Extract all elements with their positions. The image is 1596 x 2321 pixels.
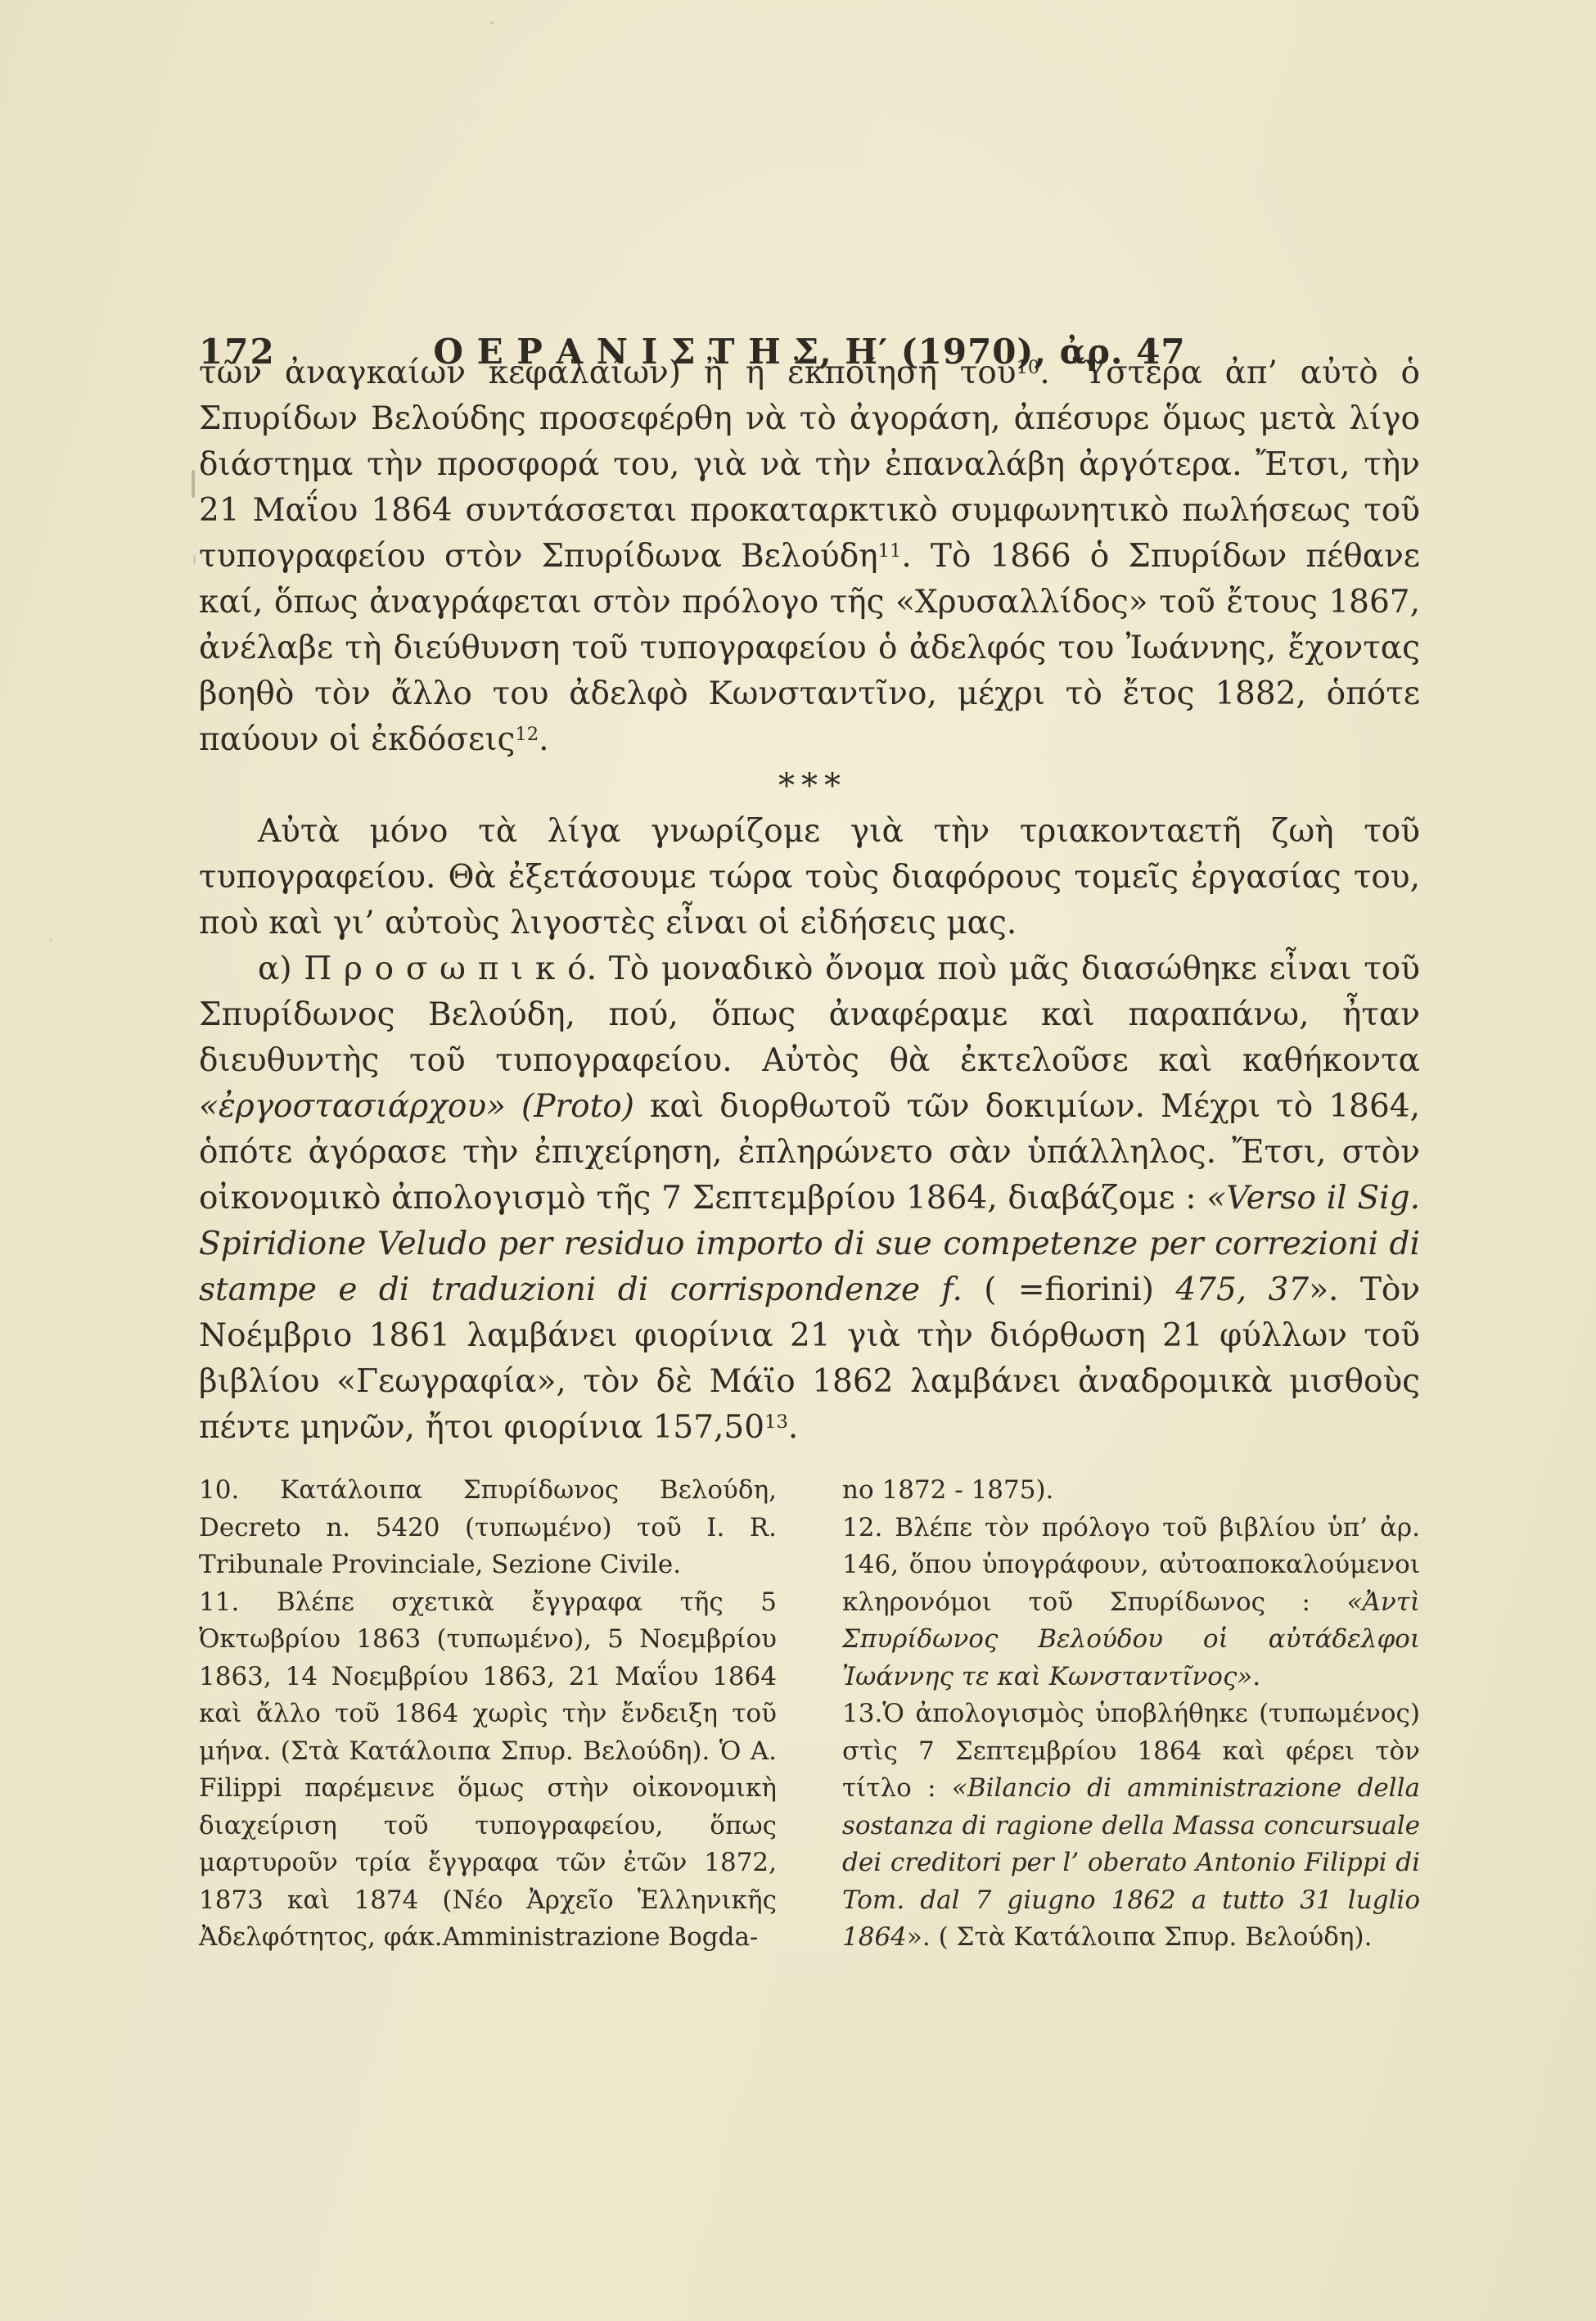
- scanned-journal-page: 172 Ο Ε Ρ Α Ν Ι Σ Τ Η Σ, Η′ (1970), ἀρ. …: [0, 0, 1596, 2321]
- scan-artifact: [489, 21, 494, 25]
- footnote-13: 13.Ὁ ἀπολογισμὸς ὑποβλήθηκε (τυπωμένος) …: [842, 1696, 1420, 1957]
- scan-artifact: [49, 938, 52, 942]
- body-paragraph-3: α) Π ρ ο σ ω π ι κ ό. Τὸ μοναδικὸ ὄνομα …: [199, 946, 1420, 1451]
- scan-artifact: [192, 470, 195, 498]
- footnotes-right-column: no 1872 - 1875). 12. Βλέπε τὸν πρόλογο τ…: [842, 1472, 1420, 1957]
- body-paragraph-1: τῶν ἀναγκαίων κεφαλαίων) ἢ ἡ ἐκποίησή το…: [199, 350, 1420, 763]
- footnote-11: 11. Βλέπε σχετικὰ ἔγγραφα τῆς 5 Ὀκτωβρίο…: [199, 1584, 777, 1957]
- body-text: τῶν ἀναγκαίων κεφαλαίων) ἢ ἡ ἐκποίησή το…: [199, 350, 1420, 1451]
- footnote-11-continuation: no 1872 - 1875).: [842, 1472, 1420, 1510]
- footnotes-section: 10. Κατάλοιπα Σπυρίδωνος Βελούδη, Decret…: [199, 1472, 1420, 1957]
- footnote-12: 12. Βλέπε τὸν πρόλογο τοῦ βιβλίου ὑπ’ ἀρ…: [842, 1510, 1420, 1696]
- footnote-10: 10. Κατάλοιπα Σπυρίδωνος Βελούδη, Decret…: [199, 1472, 777, 1584]
- footnotes-left-column: 10. Κατάλοιπα Σπυρίδωνος Βελούδη, Decret…: [199, 1472, 777, 1957]
- section-divider: ***: [199, 763, 1420, 809]
- body-paragraph-2: Αὐτὰ μόνο τὰ λίγα γνωρίζομε γιὰ τὴν τρια…: [199, 809, 1420, 946]
- scan-artifact: [193, 555, 196, 565]
